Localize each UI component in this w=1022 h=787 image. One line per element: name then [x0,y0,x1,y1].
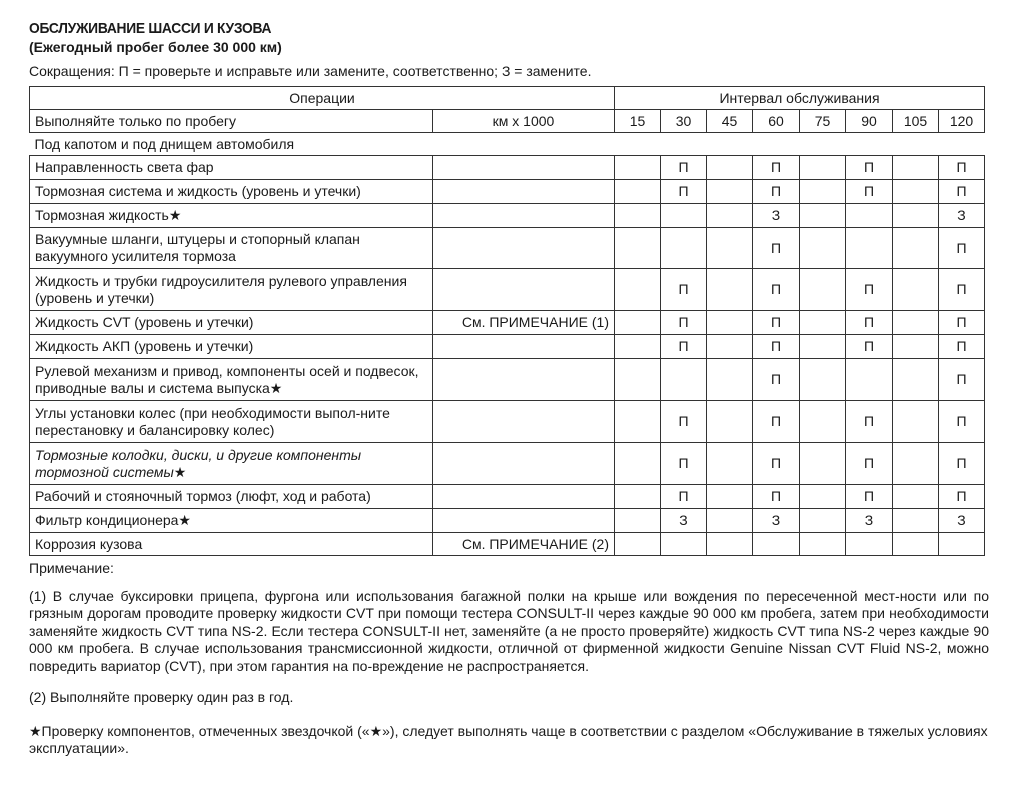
interval-mark-cell [800,335,846,359]
interval-header-cell: 60 [753,110,800,133]
notes-heading: Примечание: [29,560,989,578]
abbreviations-legend: Сокращения: П = проверьте и исправьте ил… [29,63,591,79]
interval-mark-cell: П [661,335,707,359]
interval-mark-cell [615,335,661,359]
interval-mark-cell: П [846,156,893,180]
interval-mark-cell: П [661,443,707,485]
interval-mark-cell [893,533,939,556]
interval-mark-cell [800,269,846,311]
interval-mark-cell [800,509,846,533]
table-row: Направленность света фарПППП [30,156,985,180]
interval-mark-cell [615,156,661,180]
interval-mark-cell [800,228,846,269]
note-2: (2) Выполняйте проверку один раз в год. [29,689,989,707]
interval-mark-cell: П [939,228,985,269]
section-label: Под капотом и под днищем автомобиля [30,133,985,156]
interval-mark-cell: П [846,269,893,311]
interval-mark-cell [661,359,707,401]
interval-mark-cell: П [939,401,985,443]
operation-cell: Жидкость и трубки гидроусилителя рулевог… [30,269,433,311]
operation-cell: Жидкость АКП (уровень и утечки) [30,335,433,359]
interval-mark-cell: П [753,269,800,311]
table-row: Фильтр кондиционера★ЗЗЗЗ [30,509,985,533]
interval-mark-cell: П [661,401,707,443]
operation-cell: Жидкость CVT (уровень и утечки) [30,311,433,335]
table-row: Тормозные колодки, диски, и другие компо… [30,443,985,485]
interval-mark-cell: П [753,180,800,204]
interval-mark-cell [707,335,753,359]
note-ref-cell [433,228,615,269]
table-row: Вакуумные шланги, штуцеры и стопорный кл… [30,228,985,269]
interval-mark-cell [707,359,753,401]
interval-mark-cell: П [939,269,985,311]
interval-header-cell: 120 [939,110,985,133]
interval-mark-cell: П [939,443,985,485]
interval-mark-cell [846,204,893,228]
interval-mark-cell [615,533,661,556]
operation-cell: Рулевой механизм и привод, компоненты ос… [30,359,433,401]
operation-cell: Тормозная система и жидкость (уровень и … [30,180,433,204]
interval-mark-cell [707,533,753,556]
table-row: Углы установки колес (при необходимости … [30,401,985,443]
page-title: ОБСЛУЖИВАНИЕ ШАССИ И КУЗОВА [29,20,271,37]
interval-mark-cell [615,204,661,228]
interval-mark-cell: З [846,509,893,533]
interval-mark-cell [615,401,661,443]
table-row: Коррозия кузоваСм. ПРИМЕЧАНИЕ (2) [30,533,985,556]
interval-mark-cell [893,401,939,443]
table-row: Тормозная жидкость★ЗЗ [30,204,985,228]
operation-cell: Тормозные колодки, диски, и другие компо… [30,443,433,485]
interval-mark-cell: З [753,509,800,533]
header-operations: Операции [30,87,615,110]
interval-mark-cell: П [753,401,800,443]
note-ref-cell [433,443,615,485]
note-ref-cell [433,269,615,311]
interval-mark-cell [893,311,939,335]
unit-label: км x 1000 [433,110,615,133]
interval-mark-cell: П [661,269,707,311]
interval-mark-cell [800,533,846,556]
star-note: ★Проверку компонентов, отмеченных звездо… [29,723,989,758]
interval-mark-cell [707,269,753,311]
interval-mark-cell [661,204,707,228]
note-ref-cell: См. ПРИМЕЧАНИЕ (2) [433,533,615,556]
interval-mark-cell [800,156,846,180]
note-ref-cell [433,156,615,180]
interval-header-cell: 15 [615,110,661,133]
interval-mark-cell: П [661,180,707,204]
interval-mark-cell [893,335,939,359]
interval-mark-cell: П [846,401,893,443]
table-row: Рулевой механизм и привод, компоненты ос… [30,359,985,401]
interval-mark-cell [893,204,939,228]
interval-mark-cell: П [753,359,800,401]
table-row: Рабочий и стояночный тормоз (люфт, ход и… [30,485,985,509]
operation-cell: Вакуумные шланги, штуцеры и стопорный кл… [30,228,433,269]
interval-mark-cell [893,509,939,533]
interval-header-cell: 90 [846,110,893,133]
interval-mark-cell [661,533,707,556]
interval-mark-cell [707,180,753,204]
interval-mark-cell: П [661,311,707,335]
interval-mark-cell: З [939,204,985,228]
interval-mark-cell: П [846,311,893,335]
note-ref-cell [433,180,615,204]
interval-mark-cell: П [753,335,800,359]
interval-mark-cell: П [661,485,707,509]
interval-header-cell: 105 [893,110,939,133]
interval-mark-cell [707,156,753,180]
interval-mark-cell [707,485,753,509]
interval-mark-cell [661,228,707,269]
interval-header-cell: 45 [707,110,753,133]
interval-mark-cell: П [753,485,800,509]
mileage-label: Выполняйте только по пробегу [30,110,433,133]
interval-mark-cell: П [939,180,985,204]
interval-mark-cell: П [753,443,800,485]
operation-cell: Углы установки колес (при необходимости … [30,401,433,443]
interval-mark-cell: З [661,509,707,533]
interval-mark-cell [615,180,661,204]
interval-mark-cell [893,485,939,509]
note-ref-cell [433,509,615,533]
interval-mark-cell: З [939,509,985,533]
interval-mark-cell [893,156,939,180]
interval-mark-cell [615,485,661,509]
note-ref-cell [433,204,615,228]
interval-mark-cell [893,269,939,311]
interval-mark-cell [615,359,661,401]
header-interval: Интервал обслуживания [615,87,985,110]
interval-mark-cell [800,311,846,335]
interval-mark-cell: П [939,359,985,401]
table-row: Жидкость CVT (уровень и утечки)См. ПРИМЕ… [30,311,985,335]
table-row: Тормозная система и жидкость (уровень и … [30,180,985,204]
interval-header-cell: 75 [800,110,846,133]
interval-mark-cell: П [846,485,893,509]
interval-mark-cell [893,228,939,269]
interval-mark-cell [800,485,846,509]
operation-cell: Фильтр кондиционера★ [30,509,433,533]
note-ref-cell [433,401,615,443]
interval-mark-cell [846,359,893,401]
interval-mark-cell: П [846,335,893,359]
interval-mark-cell [800,401,846,443]
interval-mark-cell [939,533,985,556]
interval-mark-cell: П [846,180,893,204]
interval-mark-cell [707,401,753,443]
interval-mark-cell: П [939,335,985,359]
interval-mark-cell [615,269,661,311]
interval-mark-cell [707,443,753,485]
interval-mark-cell [707,204,753,228]
section-row: Под капотом и под днищем автомобиля [30,133,985,156]
interval-mark-cell [893,443,939,485]
table-row: Жидкость и трубки гидроусилителя рулевог… [30,269,985,311]
interval-mark-cell [707,509,753,533]
interval-mark-cell [707,228,753,269]
operation-cell: Направленность света фар [30,156,433,180]
interval-mark-cell [800,204,846,228]
interval-mark-cell: П [846,443,893,485]
interval-mark-cell: П [661,156,707,180]
interval-mark-cell: З [753,204,800,228]
interval-mark-cell [615,311,661,335]
operation-cell: Тормозная жидкость★ [30,204,433,228]
page-subtitle: (Ежегодный пробег более 30 000 км) [29,39,282,55]
operation-cell: Рабочий и стояночный тормоз (люфт, ход и… [30,485,433,509]
interval-row: Выполняйте только по пробегу км x 1000 1… [30,110,985,133]
interval-mark-cell [615,443,661,485]
interval-mark-cell [846,533,893,556]
note-ref-cell: См. ПРИМЕЧАНИЕ (1) [433,311,615,335]
interval-mark-cell [615,228,661,269]
note-ref-cell [433,485,615,509]
interval-mark-cell [893,359,939,401]
interval-mark-cell: П [753,156,800,180]
interval-mark-cell [707,311,753,335]
interval-mark-cell [753,533,800,556]
interval-mark-cell [800,359,846,401]
interval-mark-cell [846,228,893,269]
maintenance-table: Операции Интервал обслуживания Выполняйт… [29,86,985,556]
interval-mark-cell [800,180,846,204]
note-ref-cell [433,335,615,359]
interval-mark-cell: П [939,485,985,509]
operation-cell: Коррозия кузова [30,533,433,556]
table-header-row: Операции Интервал обслуживания [30,87,985,110]
note-1: (1) В случае буксировки прицепа, фургона… [29,588,989,676]
note-ref-cell [433,359,615,401]
notes-block: Примечание: (1) В случае буксировки приц… [29,560,989,758]
table-row: Жидкость АКП (уровень и утечки)ПППП [30,335,985,359]
interval-header-cell: 30 [661,110,707,133]
interval-mark-cell: П [939,311,985,335]
interval-mark-cell: П [939,156,985,180]
interval-mark-cell [615,509,661,533]
interval-mark-cell: П [753,228,800,269]
interval-mark-cell [800,443,846,485]
interval-mark-cell [893,180,939,204]
interval-mark-cell: П [753,311,800,335]
